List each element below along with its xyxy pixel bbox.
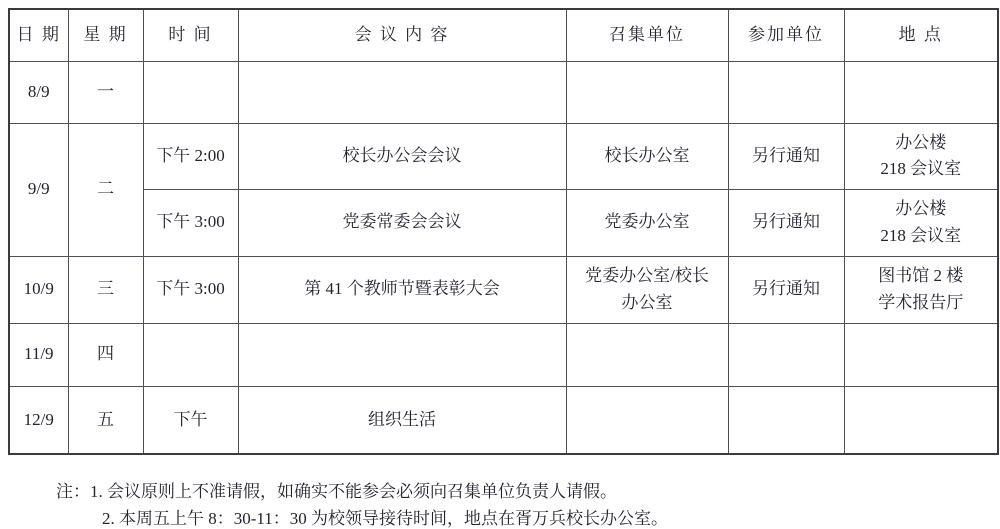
convener-cell: 党委办公室/校长 办公室 [566,256,728,323]
date-cell: 9/9 [9,123,68,256]
table-row-tuesday-1: 9/9 二 下午 2:00 校长办公会会议 校长办公室 另行通知 办公楼 218… [9,123,998,189]
week-cell: 三 [68,256,143,323]
convener-cell [566,323,728,386]
time-cell: 下午 3:00 [143,189,238,256]
table-header-row: 日 期 星 期 时 间 会 议 内 容 召集单位 参加单位 地 点 [9,9,998,61]
col-header-participants: 参加单位 [728,9,844,61]
col-header-location: 地 点 [844,9,998,61]
date-cell: 8/9 [9,61,68,123]
participants-cell [728,61,844,123]
participants-cell: 另行通知 [728,256,844,323]
content-cell: 党委常委会会议 [238,189,566,256]
footnotes: 注：1. 会议原则上不准请假，如确实不能参会必须向召集单位负责人请假。 2. 本… [56,478,668,529]
time-cell: 下午 2:00 [143,123,238,189]
table-row-friday: 12/9 五 下午 组织生活 [9,386,998,454]
time-cell: 下午 3:00 [143,256,238,323]
convener-cell [566,386,728,454]
time-cell: 下午 [143,386,238,454]
convener-cell [566,61,728,123]
convener-cell: 校长办公室 [566,123,728,189]
participants-cell: 另行通知 [728,123,844,189]
table-row-wednesday: 10/9 三 下午 3:00 第 41 个教师节暨表彰大会 党委办公室/校长 办… [9,256,998,323]
week-cell: 五 [68,386,143,454]
location-cell: 图书馆 2 楼 学术报告厅 [844,256,998,323]
meeting-schedule-table: 日 期 星 期 时 间 会 议 内 容 召集单位 参加单位 地 点 8/9 一 … [8,8,999,455]
content-cell: 第 41 个教师节暨表彰大会 [238,256,566,323]
location-cell: 办公楼 218 会议室 [844,123,998,189]
table-row-thursday: 11/9 四 [9,323,998,386]
date-cell: 10/9 [9,256,68,323]
convener-cell: 党委办公室 [566,189,728,256]
content-cell: 校长办公会会议 [238,123,566,189]
time-cell [143,61,238,123]
participants-cell: 另行通知 [728,189,844,256]
footnote-2: 2. 本周五上午 8：30-11：30 为校领导接待时间，地点在胥万兵校长办公室… [56,505,668,529]
content-cell [238,323,566,386]
participants-cell [728,323,844,386]
col-header-week: 星 期 [68,9,143,61]
table-row-tuesday-2: 下午 3:00 党委常委会会议 党委办公室 另行通知 办公楼 218 会议室 [9,189,998,256]
content-cell [238,61,566,123]
week-cell: 一 [68,61,143,123]
location-cell [844,386,998,454]
week-cell: 四 [68,323,143,386]
time-cell [143,323,238,386]
col-header-content: 会 议 内 容 [238,9,566,61]
footnote-1: 注：1. 会议原则上不准请假，如确实不能参会必须向召集单位负责人请假。 [56,478,668,505]
document-page: 日 期 星 期 时 间 会 议 内 容 召集单位 参加单位 地 点 8/9 一 … [0,0,1000,529]
col-header-convener: 召集单位 [566,9,728,61]
week-cell: 二 [68,123,143,256]
col-header-time: 时 间 [143,9,238,61]
date-cell: 12/9 [9,386,68,454]
date-cell: 11/9 [9,323,68,386]
participants-cell [728,386,844,454]
content-cell: 组织生活 [238,386,566,454]
location-cell: 办公楼 218 会议室 [844,189,998,256]
col-header-date: 日 期 [9,9,68,61]
location-cell [844,61,998,123]
location-cell [844,323,998,386]
table-row-monday: 8/9 一 [9,61,998,123]
